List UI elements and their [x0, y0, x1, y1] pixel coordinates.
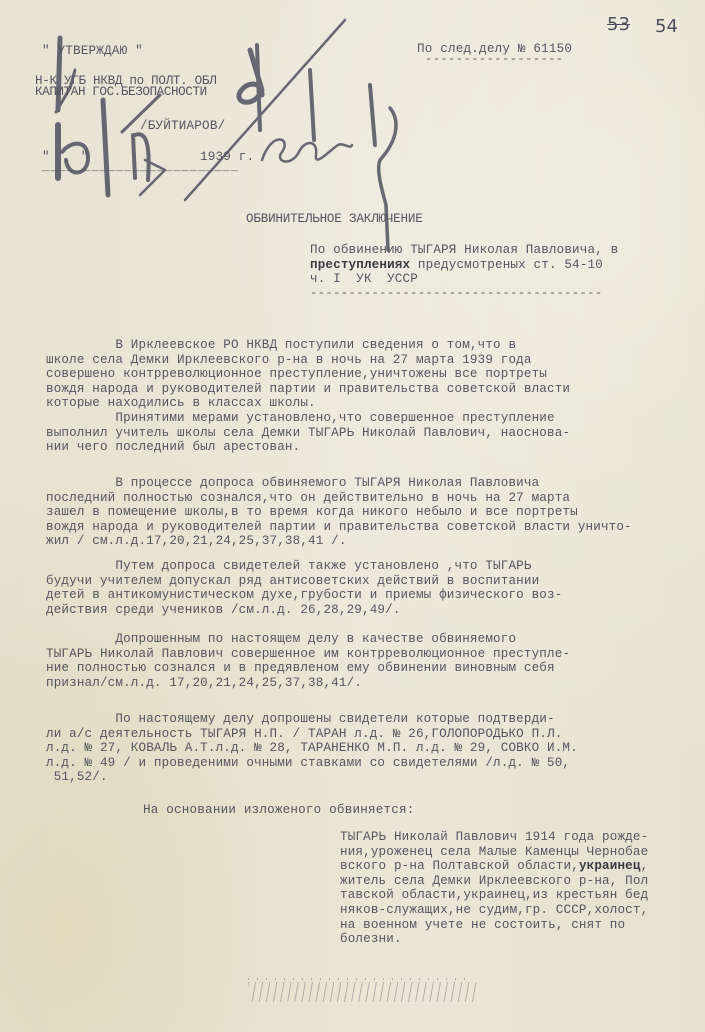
accused-line: ТЫГАРЬ Николай Павлович 1914 года рожде- [340, 830, 648, 845]
date-underline: ________________________ [42, 160, 239, 174]
text-line: л.д. № 27, КОВАЛЬ А.Т.л.д. № 28, ТАРАНЕН… [46, 741, 578, 756]
text-line: детей в антикомунистическом духе,грубост… [46, 588, 562, 603]
official-title-line2: КАПИТАН ГОС.БЕЗОПАСНОСТИ [35, 85, 207, 99]
paragraph-interrogation: В процессе допроса обвиняемого ТЫГАРЯ Ни… [46, 476, 632, 549]
document-title: ОБВИНИТЕЛЬНОЕ ЗАКЛЮЧЕНИЕ [246, 212, 423, 226]
case-underline: ------------------ [425, 52, 564, 66]
text-line: Принятими мерами установлено,что соверше… [46, 411, 570, 426]
text-line: выполнил учитель школы села Демки ТЫГАРЬ… [46, 426, 570, 441]
charge-line: преступлениях предусмотреных ст. 54-10 [310, 258, 618, 273]
accused-line: вского р-на Полтавской области,украинец, [340, 859, 648, 874]
text-line: л.д. № 49 / и проведеними очными ставкам… [46, 756, 578, 771]
faded-stamp-marks [248, 982, 478, 1002]
conclusion-intro: На основании изложеного обвиняется: [143, 803, 415, 817]
emphasized-word: преступлениях [310, 258, 410, 272]
text-line: совершено контрреволюционное преступлени… [46, 367, 570, 382]
paragraph-witnesses: Путем допроса свидетелей также установле… [46, 559, 562, 617]
text-line: последний полностью сознался,что он дейс… [46, 491, 632, 506]
crossed-page-number: 53 [607, 14, 630, 35]
official-name: /БУЙТИАРОВ/ [140, 119, 225, 133]
approval-heading: " УТВЕРЖДАЮ " [42, 44, 143, 58]
document-page: " УТВЕРЖДАЮ " Н-К УГБ НКВД по ПОЛТ. ОБЛ … [0, 0, 705, 1032]
text-line: Допрошенным по настоящем делу в качестве… [46, 632, 570, 647]
accused-line: тавской области,украинец,из крестьян бед [340, 888, 648, 903]
faded-stamp-dots [248, 978, 473, 980]
text-line: которые находились в класcах школы. [46, 396, 570, 411]
charge-line: ч. I УК УССР [310, 272, 618, 287]
accused-line: болезни. [340, 932, 648, 947]
text-line: Путем допроса свидетелей также установле… [46, 559, 562, 574]
accused-line: няков-служащих,не судим,гр. СССР,холост, [340, 903, 648, 918]
text-line: ТЫГАРЬ Николай Павлович совершенное им к… [46, 647, 570, 662]
text-line: В Ирклеевское РО НКВД поступили сведения… [46, 338, 570, 353]
accused-line: ния,уроженец села Малые Каменцы Чернобае [340, 845, 648, 860]
text-line: признал/см.л.д. 17,20,21,24,25,37,38,41/… [46, 676, 570, 691]
text-line: нии чего последний был арестован. [46, 440, 570, 455]
paragraph-report: В Ирклеевское РО НКВД поступили сведения… [46, 338, 570, 411]
paragraph-witness-list: По настоящему делу допрошены свидетели к… [46, 712, 578, 785]
accused-details: ТЫГАРЬ Николай Павлович 1914 года рожде-… [340, 830, 648, 947]
text-line: школе села Демки Ирклеевского р-на в ноч… [46, 353, 570, 368]
text-line: действия среди учеников /см.л.д. 26,28,2… [46, 603, 562, 618]
text-line: будучи учителем допускал ряд антисоветск… [46, 574, 562, 589]
paragraph-investigation: Принятими мерами установлено,что соверше… [46, 411, 570, 455]
charge-block: По обвинению ТЫГАРЯ Николая Павловича, в… [310, 243, 618, 287]
text-line: ли а/с деятельность ТЫГАРЯ Н.П. / ТАРАН … [46, 727, 578, 742]
accused-line: на военном учете не состоить, снят по [340, 918, 648, 933]
charge-underline: -------------------------------------- [310, 286, 603, 300]
emphasized-word: украинец [579, 859, 641, 873]
text-line: вождя народа и руководителей партии и пр… [46, 382, 570, 397]
page-number: 54 [655, 16, 678, 37]
text-line: зашел в помещение школы,в то время когда… [46, 505, 632, 520]
text-line: По настоящему делу допрошены свидетели к… [46, 712, 578, 727]
text-line: вождя народа и руководителей партии и пр… [46, 520, 632, 535]
paragraph-confession: Допрошенным по настоящем делу в качестве… [46, 632, 570, 690]
text-line: ние полностью сознался и в предявленом е… [46, 661, 570, 676]
text-line: жил / см.л.д.17,20,21,24,25,37,38,41 /. [46, 534, 632, 549]
text-line: В процессе допроса обвиняемого ТЫГАРЯ Ни… [46, 476, 632, 491]
text-line: 51,52/. [46, 770, 578, 785]
charge-line: По обвинению ТЫГАРЯ Николая Павловича, в [310, 243, 618, 258]
accused-line: житель села Демки Ирклеевского р-на, Пол [340, 874, 648, 889]
